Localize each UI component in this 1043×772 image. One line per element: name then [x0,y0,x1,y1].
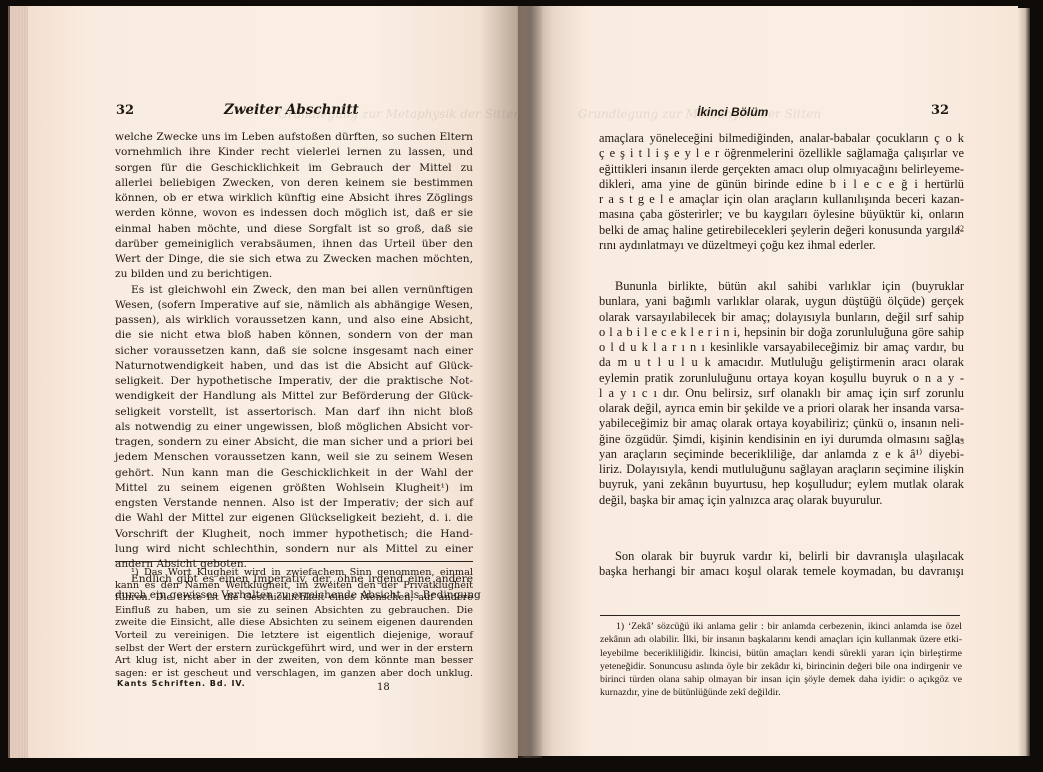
text-line: Bununla birlikte, bütün akıl sahibi varl… [599,279,964,294]
text-line: yabileceğimiz bir amaç olarak ortaya koy… [599,416,964,431]
text-line: engsten Verstande nennen. Also ist der I… [115,496,473,511]
text-line: Son olarak bir buyruk vardır ki, belirli… [599,549,964,564]
footnote-line: Vorteil zu vereinigen. Die letztere ist … [115,630,473,643]
margin-reference-number: 43 [956,437,964,446]
text-line: da m u t l u l u k amacıdır. Mutluluğu g… [599,355,964,370]
footnote-divider [115,561,473,562]
footnote-line: Art klug ist, nicht aber in der zweiten,… [115,655,473,668]
footnote: ¹) Das Wort Klugheit wird in zwiefachem … [115,567,473,680]
footnote-line: kann es den Namen Weltklugheit, im zweit… [115,580,473,593]
paragraph-gap [599,253,964,279]
page-number: 32 [116,103,134,118]
text-line: seligkeit. Der hypothetische Imperativ, … [115,374,473,389]
text-line: buyruk, yani zekânın buyurtusu, hep koşu… [599,477,964,492]
footnote-line: Einfluß zu haben, um sie zu seinen Absic… [115,605,473,618]
page-edges [1018,8,1030,756]
text-line: ğine özgüdür. Şimdi, kişinin kendisinin … [599,432,964,447]
text-line: amaçlara yöneleceğini bilmediğinden, ana… [599,131,964,146]
text-line: l a y ı c ı dır. Onu belirsiz, sırf olan… [599,386,964,401]
text-line: r a s t g e l e amaçlar için olan araçla… [599,192,964,207]
footnote-line: führen. Die erste ist die Geschicklichke… [115,592,473,605]
text-line: liriz. Dolayısıyla, kendi mutluluğunu sa… [599,462,964,477]
right-page: Grundlegung zur Metaphysik der Sitten İk… [518,6,1018,756]
text-line: allerlei beliebigen Zwecken, von deren k… [115,176,473,191]
text-line: Mittel zu seinem eigenen größten Wohlsei… [115,481,473,496]
text-line: rını aydınlatmayı ve düzeltmeyi çoğu kez… [599,238,964,253]
text-line: wendigkeit der Handlung als Mittel zur B… [115,389,473,404]
text-line: Wert der Dinge, die sie sich etwa zu Zwe… [115,252,473,267]
text-line: eylemin pratik zorunluluğunu ortaya koya… [599,371,964,386]
text-line: değil, başka bir amaç için yalnızca araç… [599,493,964,508]
text-line: tragen, sondern zu einer Absicht, die ma… [115,435,473,450]
text-line: gehört. Nun kann man die Geschicklichkei… [115,466,473,481]
body-text: welche Zwecke uns im Leben aufstoßen dür… [115,130,473,603]
footnote-line: kurnazdır, yine de bütünlüğünde zekî değ… [600,686,962,699]
margin-reference-number: 42 [956,224,964,233]
text-line: o l a b i l e c e k l e r i n i, hepsini… [599,325,964,340]
footnote-line: yeteneğidir. Sonuncusu aslında öyle bir … [600,660,962,673]
text-line: Es ist gleichwohl ein Zweck, den man bei… [115,283,473,298]
running-head: İkinci Bölüm [697,105,768,119]
footnote-line: selbst der Wert der erstern zurückgeführ… [115,643,473,656]
page-number: 32 [931,103,949,118]
text-line: o l d u k l a r ı n ı kesinlikle varsaya… [599,340,964,355]
text-line: bunlara, yani bağımlı varlıklar olarak, … [599,294,964,309]
footnote-line: ¹) Das Wort Klugheit wird in zwiefachem … [115,567,473,580]
left-page: Grundlegung zur Metaphysik der Sitten 32… [28,6,518,758]
text-line: vornehmlich ihre Kinder recht vielerlei … [115,145,473,160]
text-line: dikleri, ama yine de günün birinde edine… [599,177,964,192]
text-line: einmal haben möchte, und diese Sorgfalt … [115,222,473,237]
running-head: Zweiter Abschnitt [224,102,359,118]
text-line: als notwendig zu einer ungewissen, bloß … [115,420,473,435]
text-line: olarak varsayılabilecek bir amaç; dolayı… [599,310,964,325]
footnote-divider [600,615,960,616]
footnote-line: leyebilme becerikliliğidir. İkincisi, bü… [600,647,962,660]
text-line: başka herhangi bir amacı koşul olarak te… [599,564,964,579]
text-line: zu bilden und zu berichtigen. [115,267,473,282]
text-line: eğittikleri insanın ilerde gerçekten ama… [599,162,964,177]
text-line: welche Zwecke uns im Leben aufstoßen dür… [115,130,473,145]
book-spread: Grundlegung zur Metaphysik der Sitten 32… [0,0,1043,772]
text-line: lung wird nicht schlechthin, sondern nur… [115,542,473,557]
footnote-line: zweite die Einsicht, alle diese Absichte… [115,617,473,630]
text-line: Vorschrift der Klugheit, noch immer hypo… [115,527,473,542]
footnote-line: birinci türden olana sahip olmayan bir i… [600,673,962,686]
text-line: seligkeit vorstellt, ist assertorisch. M… [115,405,473,420]
text-line: olarak değil, ayrıca emin bir şekilde ve… [599,401,964,416]
paragraph-gap [599,508,964,549]
text-line: belki de amaç haline getirebilecekleri ş… [599,223,964,238]
body-text: amaçlara yöneleceğini bilmediğinden, ana… [599,131,964,579]
text-line: sorgen für die Geschicklichkeit im Gebra… [115,161,473,176]
text-line: Wesen, (sofern Imperative auf sie, nämli… [115,298,473,313]
text-line: yan araçların seçiminde becerikliliğe, d… [599,447,964,462]
footnote-line: zekânın adı olabilir. İlki, bir insanın … [600,633,962,646]
sheet-number: 18 [377,682,390,693]
text-line: Naturnotwendigkeit haben, und das ist di… [115,359,473,374]
printer-signature: Kants Schriften. Bd. IV. [117,679,246,688]
text-line: jedem Menschen voraussetzen kann, weil s… [115,450,473,465]
text-line: können, ob er etwa wirklich künftig eine… [115,191,473,206]
text-line: masına çaba gösterirler; ve bu kaygıları… [599,207,964,222]
text-line: die sie nicht etwa bloß haben können, so… [115,328,473,343]
text-line: werden könne, wovon es indessen doch mög… [115,206,473,221]
text-line: ç e ş i t l i ş e y l e r öğrenmelerini … [599,146,964,161]
text-line: sicher voraussetzen kann, daß sie solcne… [115,344,473,359]
text-line: die Wahl der Mittel zur eigenen Glücksel… [115,511,473,526]
footnote: 1) ‘Zekâ’ sözcüğü iki anlama gelir : bir… [600,620,962,700]
footnote-line: 1) ‘Zekâ’ sözcüğü iki anlama gelir : bir… [600,620,962,633]
text-line: passen), als wirklich voraussetzen kann,… [115,313,473,328]
text-line: darüber gemeiniglich verabsäumen, ihnen … [115,237,473,252]
